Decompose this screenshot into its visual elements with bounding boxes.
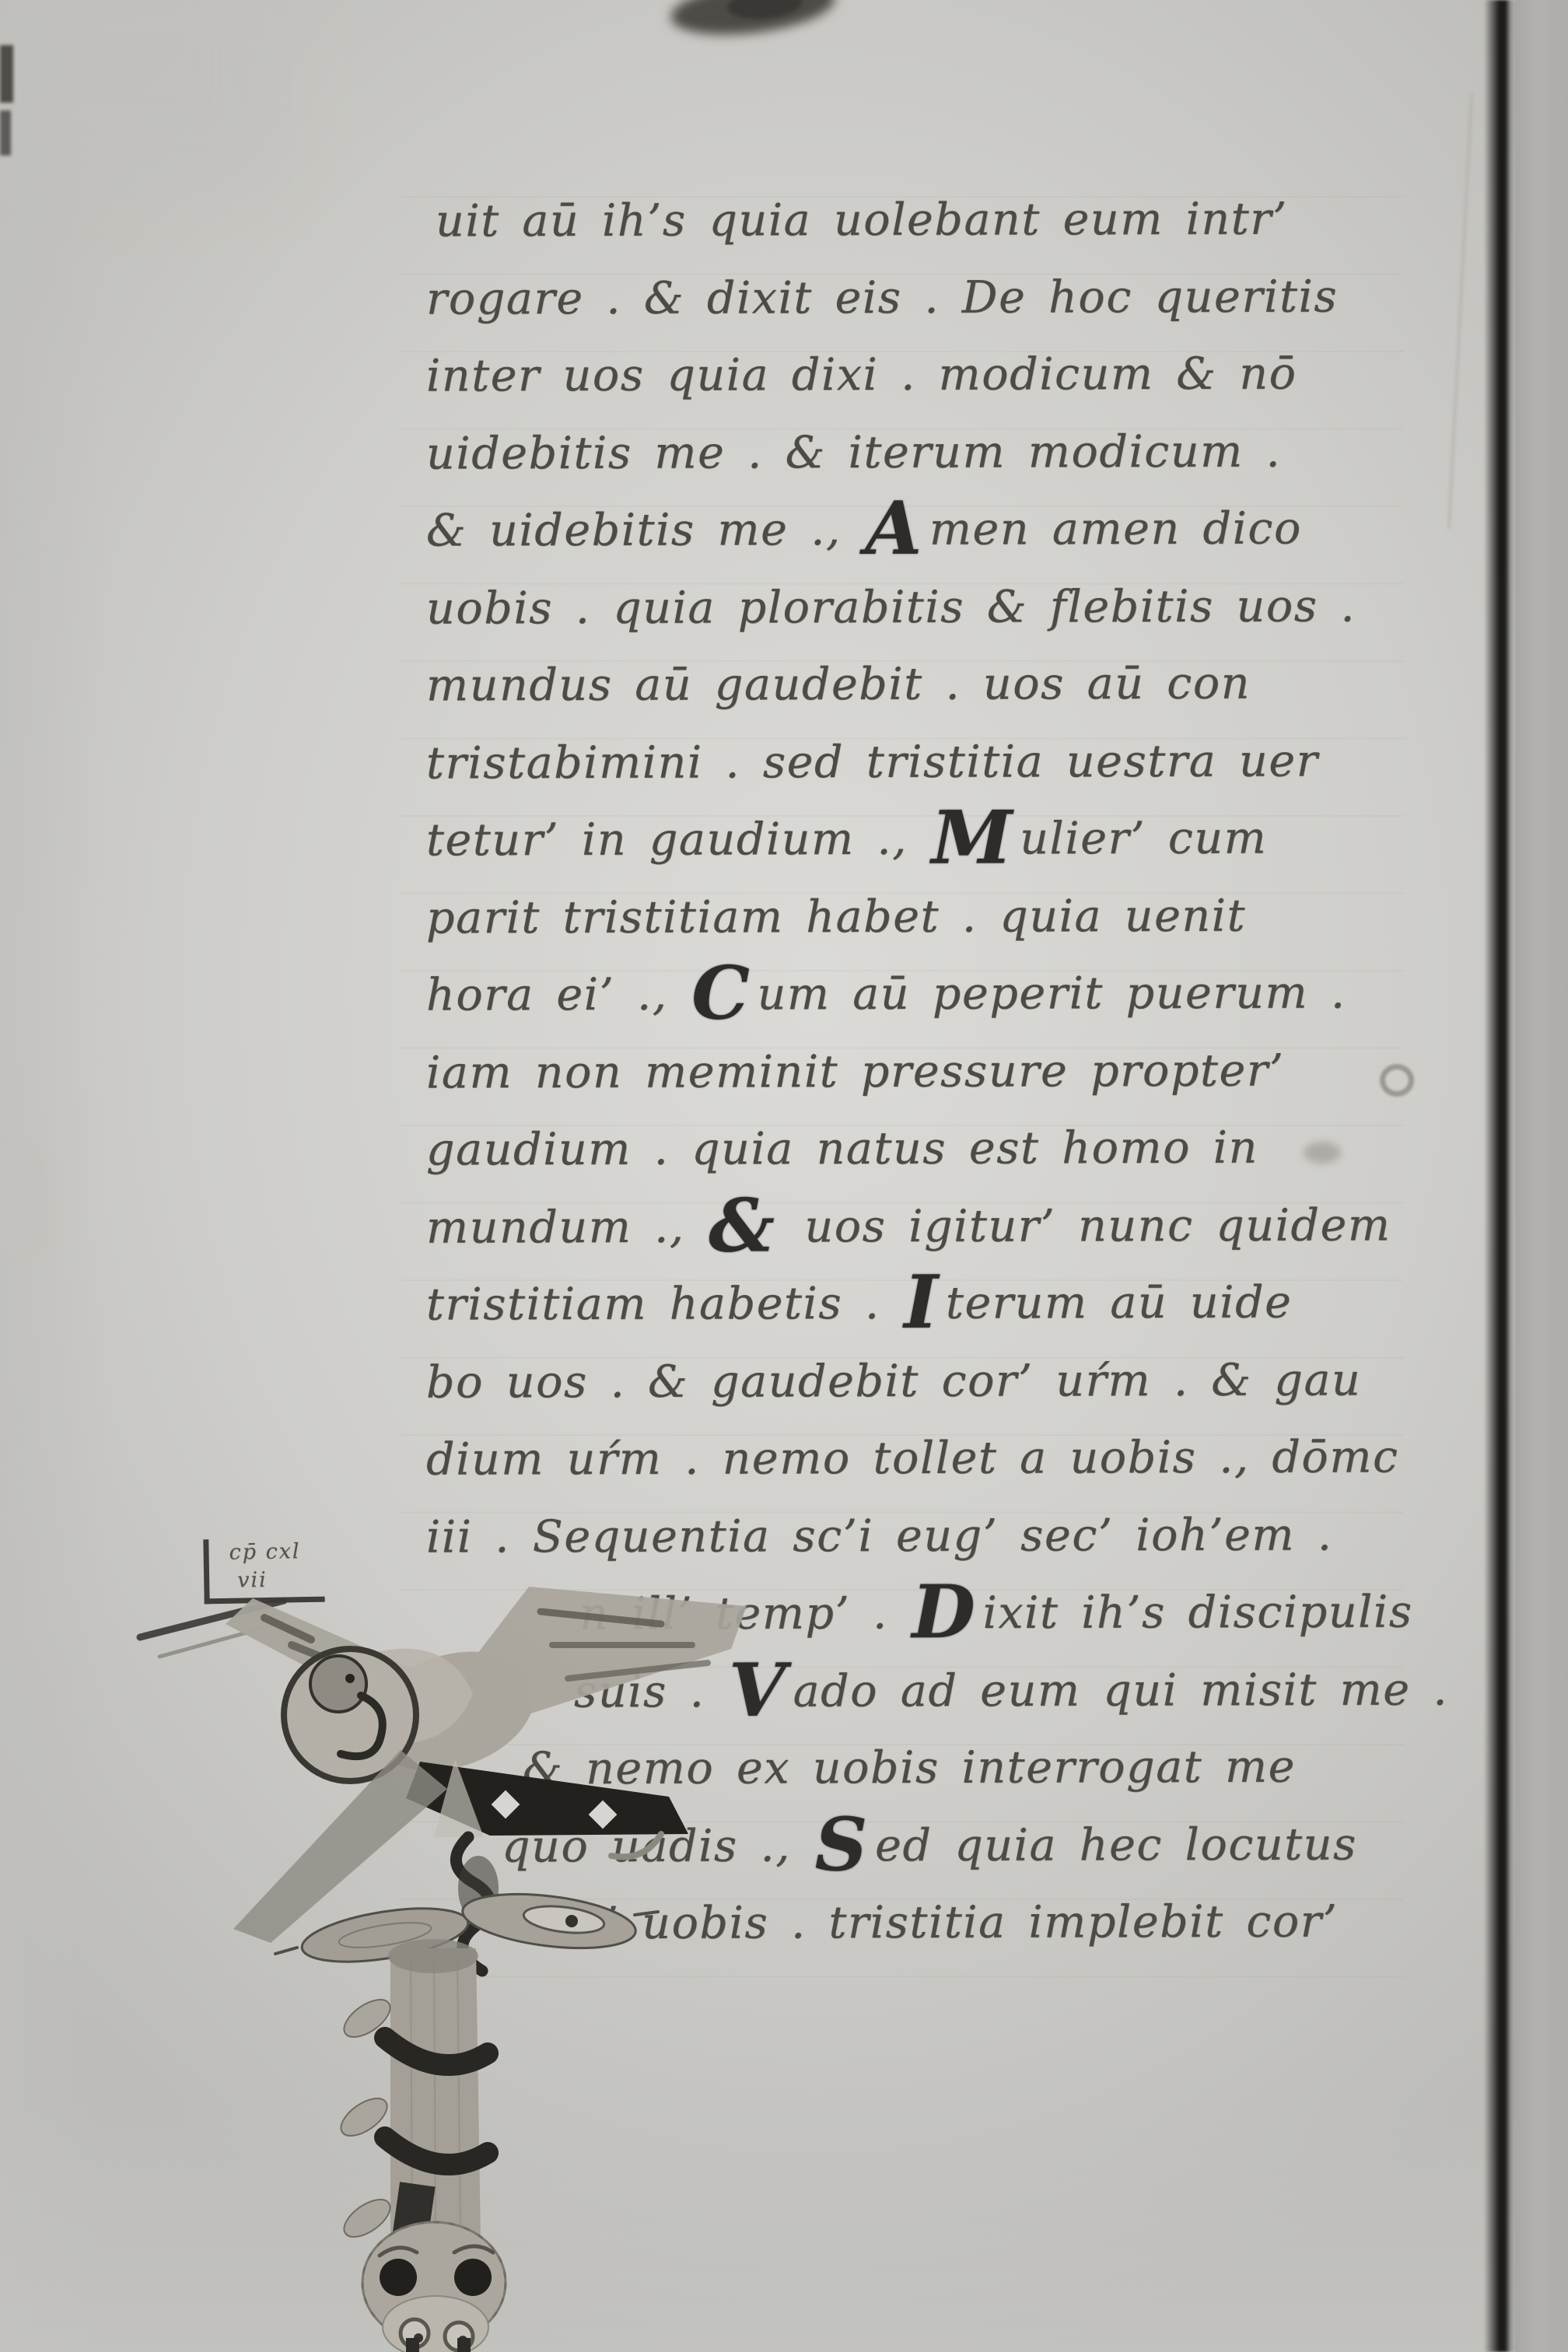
script-text: tristabimini . sed tristitia uestra uer [426,735,1319,789]
marginal-initial-decoration [117,1563,754,2352]
decorated-initial: I [904,1260,940,1346]
script-text: gaudium . quia natus est homo in [426,1122,1258,1176]
script-text: uit aū ih’s quia uolebant eum intr’ [436,194,1288,247]
script-text: tetur’ in gaudium ., [426,814,930,866]
foliate-stem [275,1837,658,2252]
script-text: uobis . quia plorabitis & flebitis uos . [426,580,1356,634]
manuscript-line: parit tristitiam habet . quia uenit [426,890,1246,943]
script-text: mundum ., [426,1201,707,1253]
decorated-initial: & [709,1183,776,1269]
script-text: men amen dico [929,503,1302,555]
manuscript-line: uit aū ih’s quia uolebant eum intr’ [436,194,1288,247]
script-text: iii . Sequentia sc’i eug’ sec’ ioh’em . [426,1509,1333,1563]
script-text: mundus aū gaudebit . uos aū con [426,658,1251,712]
bird-head [310,1656,366,1712]
beast-eye [454,2259,492,2296]
binding-tab-mark [0,110,11,156]
page-gutter-shadow [1484,0,1518,2352]
script-text: hora ei’ ., [426,969,690,1021]
script-text: parit tristitiam habet . quia uenit [426,890,1246,943]
manuscript-line: bo uos . & gaudebit cor’ uŕm . & gau [426,1354,1361,1408]
parchment-crease [1447,93,1472,528]
decorated-initial: C [691,950,751,1036]
manuscript-line: uobis . quia plorabitis & flebitis uos . [426,580,1356,634]
manuscript-line: hora ei’ ., Cum aū peperit puerum . [426,967,1346,1020]
decorated-initial: S [814,1802,869,1888]
script-text: tristitiam habetis . [426,1278,902,1331]
script-text: uidebitis me . & iterum modicum . [426,425,1281,479]
script-text: ado ad eum qui misit me . [793,1664,1448,1717]
beast-eye [380,2259,417,2296]
script-text: um aū peperit puerum . [757,967,1346,1020]
bird-initial [140,1587,747,1943]
manuscript-line: iam non meminit pressure propter’ [426,1045,1285,1098]
script-text: rogare . & dixit eis . De hoc queritis [426,271,1338,324]
parchment-patch [0,1150,45,1252]
manuscript-line: mundus aū gaudebit . uos aū con [426,658,1251,712]
script-text: dium uŕm . nemo tollet a uobis ., dōmc [426,1431,1399,1485]
manuscript-line: mundum ., & uos igitur’ nunc quidem [426,1199,1391,1253]
script-text: ulier’ cum [1020,813,1267,865]
manuscript-line: gaudium . quia natus est homo in [426,1122,1258,1176]
decorated-initial: A [865,486,923,572]
margin-note-chapter: cp̄ cxl [229,1539,301,1565]
decorated-initial: M [931,795,1013,880]
script-text: & uidebitis me ., [426,504,863,556]
manuscript-line: uidebitis me . & iterum modicum . [426,425,1281,479]
script-text: uos igitur’ nunc quidem [782,1199,1391,1252]
decorated-initial: D [912,1570,976,1655]
beast-mask-terminal [362,2222,506,2352]
script-text: iam non meminit pressure propter’ [426,1045,1285,1098]
bird-eye [345,1674,355,1683]
binding-tab-mark [0,45,13,103]
script-text: inter uos quia dixi . modicum & nō [426,348,1297,402]
script-text: terum aū uide [946,1277,1293,1329]
manuscript-line: tetur’ in gaudium ., Mulier’ cum [426,813,1267,866]
corner-shading [0,0,280,187]
manuscript-line: & uidebitis me ., Amen amen dico [426,503,1302,557]
script-text: ed quia hec locutus [875,1818,1357,1871]
manuscript-line: dium uŕm . nemo tollet a uobis ., dōmc [426,1431,1399,1485]
manuscript-line: rogare . & dixit eis . De hoc queritis [426,271,1338,324]
manuscript-page-photo: uit aū ih’s quia uolebant eum intr’rogar… [0,0,1568,2352]
facing-page-edge [1515,0,1568,2352]
script-text: bo uos . & gaudebit cor’ uŕm . & gau [426,1354,1361,1408]
manuscript-line: iii . Sequentia sc’i eug’ sec’ ioh’em . [426,1509,1333,1563]
manuscript-line: tristabimini . sed tristitia uestra uer [426,735,1319,789]
script-text: ixit ih’s discipulis [982,1587,1412,1639]
manuscript-line: tristitiam habetis . Iterum aū uide [426,1277,1293,1331]
manuscript-line: inter uos quia dixi . modicum & nō [426,348,1297,402]
